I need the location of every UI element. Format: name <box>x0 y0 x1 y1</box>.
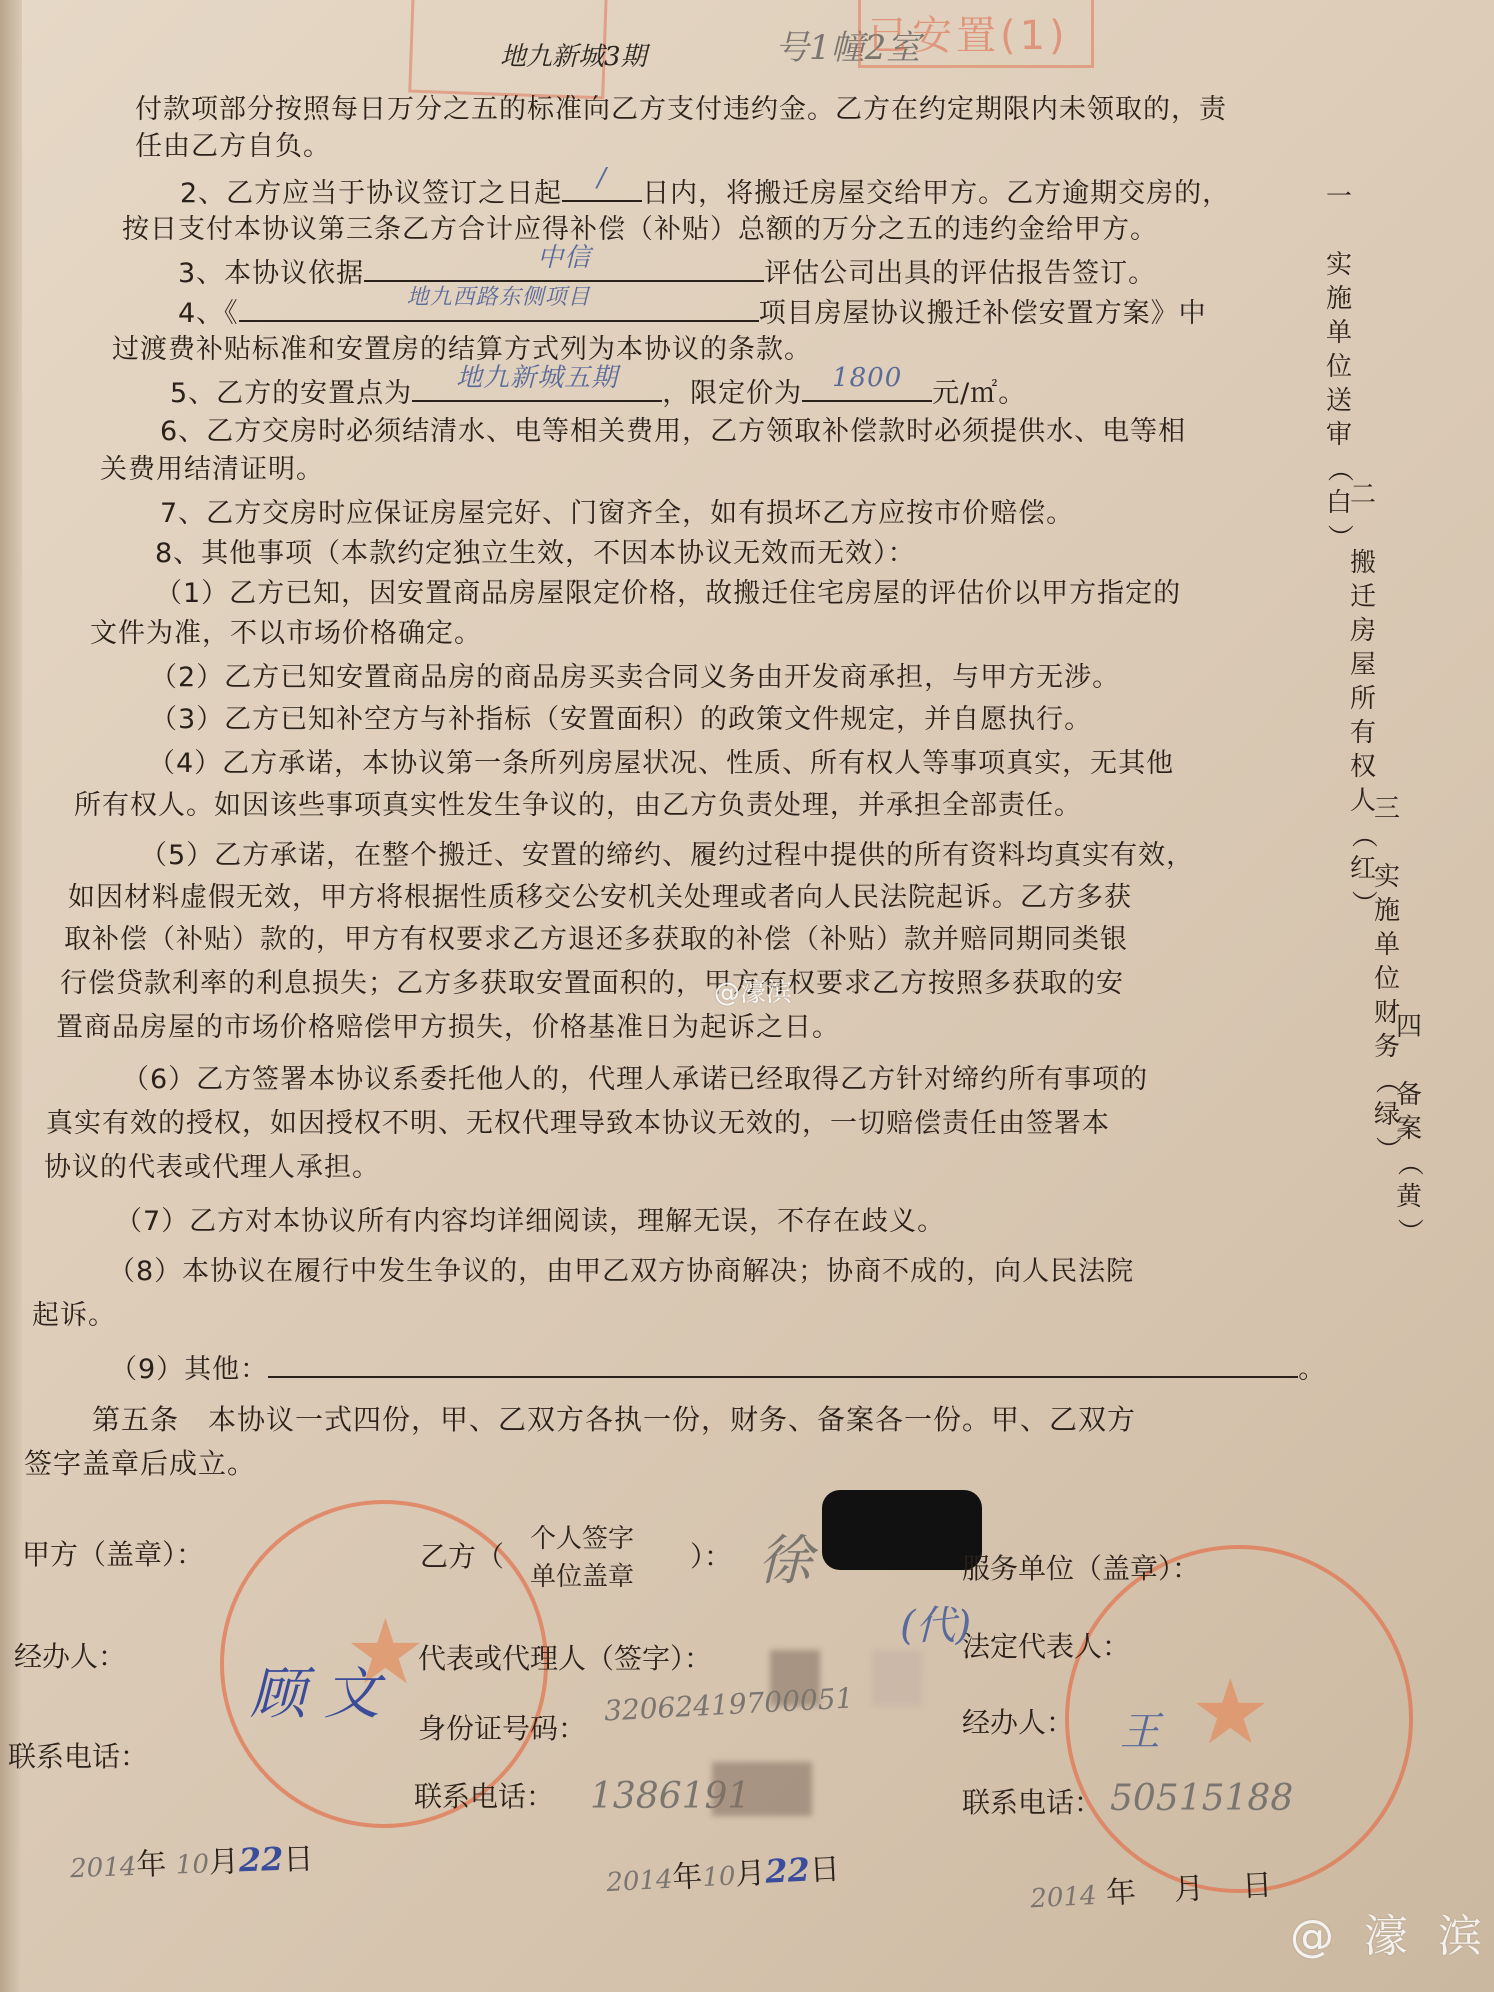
service-unit-date: 2014 年 月 日 <box>1029 1860 1273 1917</box>
party-a-seal-label: 甲方（盖章）： <box>22 1538 204 1572</box>
party-b-label-prefix: 乙方（ <box>420 1540 504 1574</box>
party-a-phone-label: 联系电话： <box>8 1740 148 1774</box>
party-b-id-label: 身份证号码： <box>418 1712 586 1746</box>
clause-2-line1: 2、乙方应当于协议签订之日起/日内，将搬迁房屋交给甲方。乙方逾期交房的， <box>180 170 1230 214</box>
sub-1-line2: 文件为准，不以市场价格确定。 <box>90 614 482 654</box>
sub-6-line3: 协议的代表或代理人承担。 <box>44 1148 380 1188</box>
party-b-signature[interactable]: 徐 <box>758 1518 812 1595</box>
clause-8: 8、其他事项（本款约定独立生效，不因本协议无效而无效）： <box>155 534 916 574</box>
clause-7: 7、乙方交房时应保证房屋完好、门窗齐全，如有损坏乙方应按市价赔偿。 <box>160 494 1074 534</box>
sub-5-line4: 行偿贷款利率的利息损失；乙方多获取安置面积的，甲方有权要求乙方按照多获取的安 <box>60 964 1124 1004</box>
clause-2-post: 日内，将搬迁房屋交给甲方。乙方逾期交房的， <box>642 178 1230 209</box>
center-watermark: @濠滨 <box>714 972 792 1009</box>
party-b-id-value[interactable]: 32062419700051 <box>603 1681 854 1727</box>
corner-watermark: @ 濠 滨 <box>1290 1900 1490 1964</box>
party-b-date: 2014年10月22日 <box>605 1844 841 1900</box>
party-b-phone-label: 联系电话： <box>414 1780 554 1814</box>
sub-8-line2: 起诉。 <box>32 1296 116 1336</box>
sub-6-line2: 真实有效的授权，如因授权不明、无权代理导致本协议无效的，一切赔偿责任由签署本 <box>46 1104 1110 1144</box>
service-unit-legal-rep-label: 法定代表人： <box>962 1630 1130 1664</box>
service-unit-handler-signature[interactable]: 王 <box>1120 1700 1160 1757</box>
clause-6-line2: 关费用结清证明。 <box>100 450 324 490</box>
clause-5-site-field[interactable]: 地九新城五期 <box>412 370 662 402</box>
article-5-line2: 签字盖章后成立。 <box>24 1444 256 1484</box>
sub-8-line1: （8）本协议在履行中发生争议的，由甲乙双方协商解决；协商不成的，向人民法院 <box>108 1252 1134 1292</box>
sub-4-line1: （4）乙方承诺，本协议第一条所列房屋状况、性质、所有权人等事项真实，无其他 <box>148 744 1174 784</box>
service-unit-seal-label: 服务单位（盖章）： <box>962 1552 1200 1586</box>
sub-5-line2: 如因材料虚假无效，甲方将根据性质移交公安机关处理或者向人民法院起诉。乙方多获 <box>68 878 1132 918</box>
party-b-agent-label: 代表或代理人（签字）： <box>418 1642 712 1676</box>
copy-list-item-4: 四 备案（黄） <box>1392 1010 1426 1248</box>
sub-5-line5: 置商品房屋的市场价格赔偿甲方损失，价格基准日为起诉之日。 <box>56 1008 840 1048</box>
article-5-line1: 第五条 本协议一式四份，甲、乙双方各执一份，财务、备案各一份。甲、乙双方 <box>92 1400 1136 1440</box>
party-b-signature-note: (代) <box>900 1594 971 1651</box>
number-handwriting: 地九新城3期 <box>500 36 647 73</box>
sub-5-line1: （5）乙方承诺，在整个搬迁、安置的缔约、履约过程中提供的所有资料均真实有效， <box>140 836 1194 876</box>
party-a-handler-label: 经办人： <box>14 1640 126 1674</box>
clause-5: 5、乙方的安置点为地九新城五期，限定价为1800元/㎡。 <box>170 370 1026 414</box>
page-edge <box>0 0 22 1992</box>
party-b-phone-blur <box>712 1762 812 1816</box>
party-b-signature-redaction <box>822 1490 982 1570</box>
sub-7: （7）乙方对本协议所有内容均详细阅读，理解无误，不存在歧义。 <box>115 1202 945 1242</box>
clause-5-price-field[interactable]: 1800 <box>802 370 932 402</box>
service-unit-phone-value[interactable]: 50515188 <box>1110 1778 1293 1819</box>
party-b-label-line2: 单位盖章 <box>530 1560 634 1594</box>
sub-1-line1: （1）乙方已知，因安置商品房屋限定价格，故搬迁住宅房屋的评估价以甲方指定的 <box>155 574 1181 614</box>
clause-2-pre: 2、乙方应当于协议签订之日起 <box>180 178 562 209</box>
clause-6-line1: 6、乙方交房时必须结清水、电等相关费用，乙方领取补偿款时必须提供水、电等相 <box>160 412 1186 452</box>
service-unit-phone-label: 联系电话： <box>962 1786 1102 1820</box>
sub-3: （3）乙方已知补空方与补指标（安置面积）的政策文件规定，并自愿执行。 <box>150 700 1092 740</box>
sub-4-line2: 所有权人。如因该些事项真实性发生争议的，由乙方负责处理，并承担全部责任。 <box>74 786 1082 826</box>
clause-2-days-field[interactable]: / <box>562 170 642 202</box>
para-0-line2: 任由乙方自负。 <box>135 127 331 167</box>
service-unit-seal-star-icon: ★ <box>1190 1660 1271 1765</box>
sub-5-line3: 取补偿（补贴）款的，甲方有权要求乙方退还多获取的补偿（补贴）款并赔同期同类银 <box>64 920 1128 960</box>
sub-9-other-field[interactable] <box>268 1346 1298 1378</box>
para-0-line1: 付款项部分按照每日万分之五的标准向乙方支付违约金。乙方在约定期限内未领取的，责 <box>135 90 1227 130</box>
party-b-label-line1: 个人签字 <box>530 1522 634 1556</box>
sub-9: （9）其他：。 <box>110 1346 1326 1390</box>
sub-6-line1: （6）乙方签署本协议系委托他人的，代理人承诺已经取得乙方针对缔约所有事项的 <box>122 1060 1148 1100</box>
party-b-label-suffix: ）： <box>690 1540 732 1574</box>
resettled-stamp-text: 已安置(1) <box>868 4 1069 61</box>
party-b-agent-signature-blur-2 <box>872 1650 922 1706</box>
service-unit-handler-label: 经办人： <box>962 1706 1074 1740</box>
party-a-handler-signature[interactable]: 顾 文 <box>250 1650 380 1730</box>
sub-2: （2）乙方已知安置商品房的商品房买卖合同义务由开发商承担，与甲方无涉。 <box>150 658 1120 698</box>
clause-4-project-field[interactable]: 地九西路东侧项目 <box>239 290 759 322</box>
party-a-date: 2014年 10月22日 <box>69 1834 314 1886</box>
clause-4-line1: 4、《地九西路东侧项目项目房屋协议搬迁补偿安置方案》中 <box>178 290 1207 334</box>
